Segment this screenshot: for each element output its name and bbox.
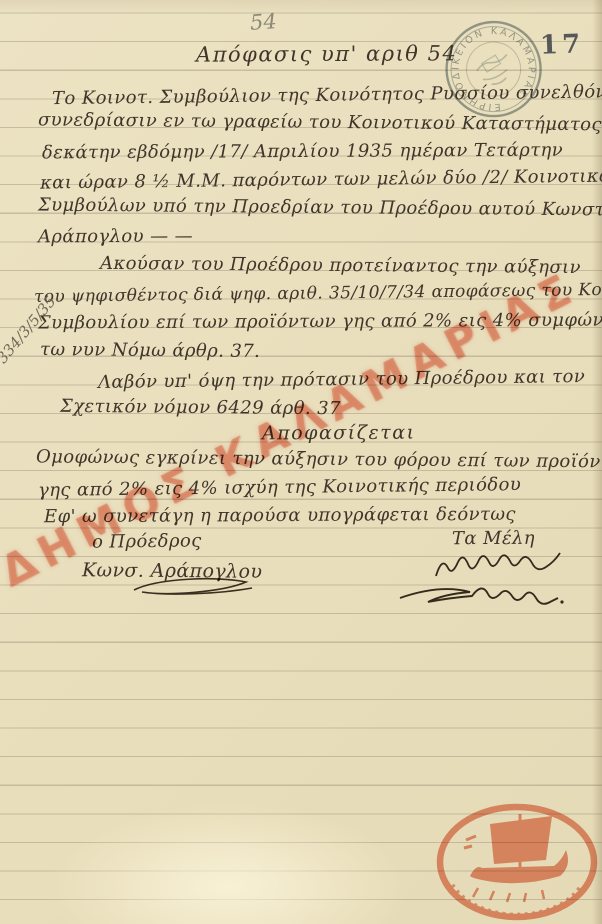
body-line: συνεδρίασιν εν τω γραφείω του Κοινοτικού… — [38, 111, 602, 134]
manuscript-page: 54 17 ΕΙΡΗΝΟΔΙΚΕΙΟΝ ΚΑΛΑΜΑΡΙΑΣ Απόφασις … — [0, 0, 602, 924]
body-line: και ώραν 8 ½ Μ.Μ. παρόντων των μελών δύο… — [40, 167, 602, 192]
body-line: Συμβούλων υπό την Προεδρίαν του Προέδρου… — [38, 196, 602, 219]
body-line: τω νυν Νόμω άρθρ. 37. — [40, 341, 260, 361]
decision-title: Απόφασις υπ' αριθ 54 — [196, 43, 457, 65]
pencil-page-number: 54 — [249, 9, 277, 35]
body-line: Αράπογλου — — — [38, 228, 193, 247]
members-role-label: Τα Μέλη — [452, 530, 535, 548]
body-line: Ακούσαν του Προέδρου προτείναντος την αύ… — [100, 255, 581, 277]
body-line: Ομοφώνως εγκρίνει την αύξησιν του φόρου … — [36, 448, 602, 471]
president-signature-flourish — [128, 576, 258, 598]
body-line: δεκάτην εβδόμην /17/ Απριλίου 1935 ημέρα… — [42, 142, 563, 163]
member-signature-scribble — [398, 578, 568, 616]
ancient-galley-stamp-icon — [432, 800, 602, 924]
